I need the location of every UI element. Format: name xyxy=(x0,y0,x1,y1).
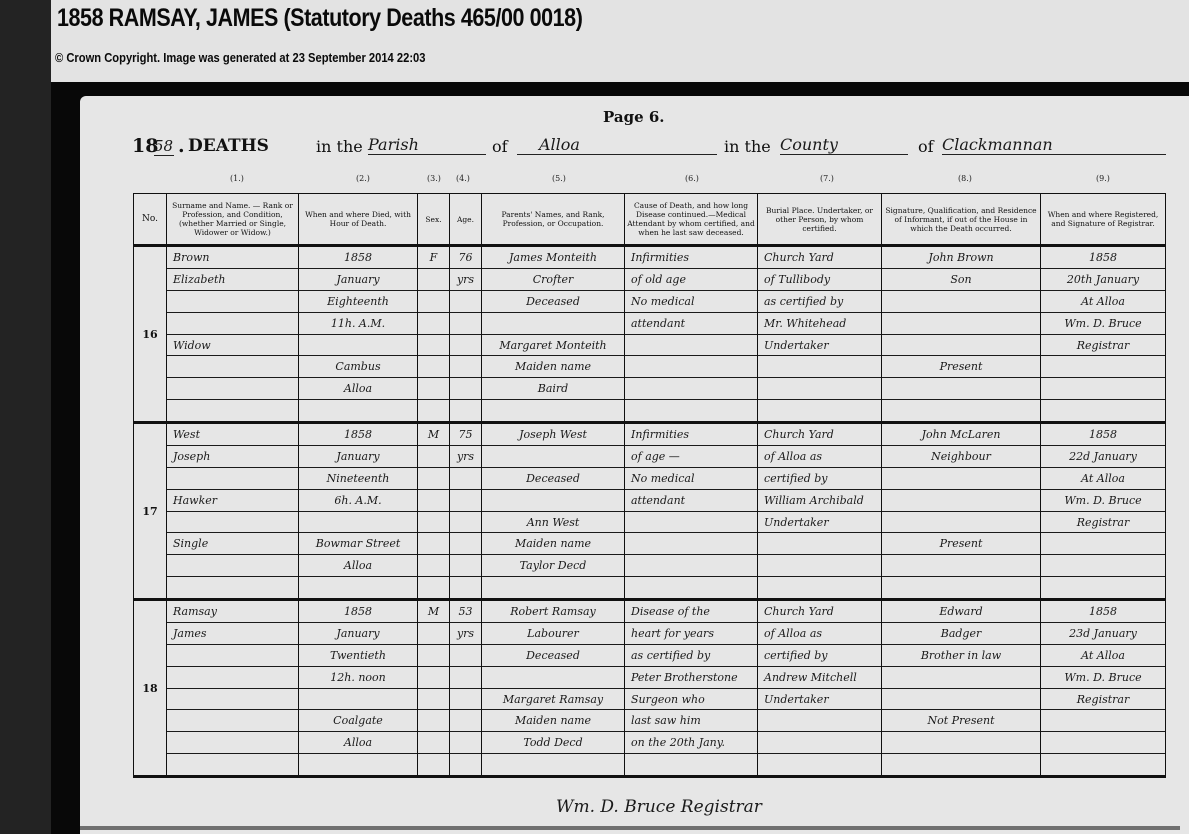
handwritten-line xyxy=(1041,732,1165,754)
handwritten-line xyxy=(482,577,624,598)
column-number: (5.) xyxy=(552,174,566,183)
handwritten-line: January xyxy=(299,269,417,291)
handwritten-line xyxy=(167,468,298,490)
handwritten-line xyxy=(625,378,757,400)
handwritten-line: At Alloa xyxy=(1041,468,1165,490)
handwritten-line: certified by xyxy=(758,468,881,490)
handwritten-line: yrs xyxy=(450,623,481,645)
informant-cell: EdwardBadgerBrother in lawNot Present xyxy=(882,600,1041,777)
entry-number: 18 xyxy=(134,600,167,777)
handwritten-line xyxy=(1041,378,1165,400)
burial-cell: Church Yardof Alloa ascertified byWillia… xyxy=(758,423,882,600)
handwritten-line xyxy=(450,577,481,598)
parents-cell: James MonteithCrofterDeceasedMargaret Mo… xyxy=(482,246,625,423)
handwritten-line xyxy=(167,754,298,775)
handwritten-line xyxy=(450,667,481,689)
col-header-cause: Cause of Death, and how long Disease con… xyxy=(625,194,758,246)
informant-cell: John McLarenNeighbourPresent xyxy=(882,423,1041,600)
handwritten-line xyxy=(418,335,449,357)
handwritten-line xyxy=(625,555,757,577)
handwritten-line: attendant xyxy=(625,490,757,512)
cause-cell: Disease of theheart for yearsas certifie… xyxy=(625,600,758,777)
of-label-1: of xyxy=(492,137,508,156)
handwritten-line: Widow xyxy=(167,335,298,357)
when-where-cell: 1858JanuaryNineteenth6h. A.M.Bowmar Stre… xyxy=(299,423,418,600)
handwritten-line: Neighbour xyxy=(882,446,1040,468)
handwritten-line xyxy=(450,533,481,555)
handwritten-line: as certified by xyxy=(758,291,881,313)
sex-cell: F xyxy=(418,246,450,423)
handwritten-line: Coalgate xyxy=(299,710,417,732)
handwritten-line: No medical xyxy=(625,291,757,313)
handwritten-line: on the 20th Jany. xyxy=(625,732,757,754)
handwritten-line xyxy=(418,689,449,711)
handwritten-line xyxy=(882,291,1040,313)
handwritten-line xyxy=(1041,754,1165,775)
handwritten-line: Peter Brotherstone xyxy=(625,667,757,689)
handwritten-line xyxy=(167,400,298,421)
handwritten-line xyxy=(882,555,1040,577)
handwritten-line xyxy=(167,732,298,754)
parish-name: Alloa xyxy=(517,135,717,155)
handwritten-line: James Monteith xyxy=(482,247,624,269)
handwritten-line: Present xyxy=(882,356,1040,378)
handwritten-line: of Tullibody xyxy=(758,269,881,291)
handwritten-line: Baird xyxy=(482,378,624,400)
handwritten-line: M xyxy=(418,424,449,446)
handwritten-line xyxy=(418,400,449,421)
table-row: 18RamsayJames1858JanuaryTwentieth12h. no… xyxy=(134,600,1166,777)
handwritten-line: Single xyxy=(167,533,298,555)
handwritten-line xyxy=(418,490,449,512)
handwritten-line: F xyxy=(418,247,449,269)
handwritten-line: 1858 xyxy=(299,247,417,269)
parish-type: Parish xyxy=(368,135,486,155)
handwritten-line xyxy=(625,400,757,421)
handwritten-line: Ramsay xyxy=(167,601,298,623)
handwritten-line: Son xyxy=(882,269,1040,291)
handwritten-line: John McLaren xyxy=(882,424,1040,446)
handwritten-line: West xyxy=(167,424,298,446)
handwritten-line xyxy=(882,490,1040,512)
sex-cell: M xyxy=(418,423,450,600)
handwritten-line xyxy=(418,577,449,598)
handwritten-line: 76 xyxy=(450,247,481,269)
parents-cell: Robert RamsayLabourerDeceasedMargaret Ra… xyxy=(482,600,625,777)
handwritten-line xyxy=(450,754,481,775)
handwritten-line: Maiden name xyxy=(482,533,624,555)
handwritten-line: Deceased xyxy=(482,645,624,667)
handwritten-line xyxy=(482,490,624,512)
handwritten-line xyxy=(1041,400,1165,421)
deaths-label: DEATHS xyxy=(188,136,269,156)
cause-cell: Infirmitiesof age —No medicalattendant xyxy=(625,423,758,600)
handwritten-line xyxy=(167,667,298,689)
table-header-row: No. Surname and Name. — Rank or Professi… xyxy=(134,194,1166,246)
handwritten-line: Cambus xyxy=(299,356,417,378)
cause-cell: Infirmitiesof old ageNo medicalattendant xyxy=(625,246,758,423)
handwritten-line: 22d January xyxy=(1041,446,1165,468)
table-row: 16BrownElizabethWidow1858JanuaryEighteen… xyxy=(134,246,1166,423)
handwritten-line xyxy=(1041,577,1165,598)
handwritten-line xyxy=(482,313,624,335)
handwritten-line: Present xyxy=(882,533,1040,555)
handwritten-line xyxy=(450,710,481,732)
handwritten-line: Not Present xyxy=(882,710,1040,732)
handwritten-line: Undertaker xyxy=(758,689,881,711)
handwritten-line: 11h. A.M. xyxy=(299,313,417,335)
handwritten-line xyxy=(882,577,1040,598)
handwritten-line: 23d January xyxy=(1041,623,1165,645)
handwritten-line: John Brown xyxy=(882,247,1040,269)
handwritten-line: 12h. noon xyxy=(299,667,417,689)
handwritten-line xyxy=(299,577,417,598)
handwritten-line xyxy=(299,512,417,534)
handwritten-line xyxy=(482,754,624,775)
handwritten-line xyxy=(882,468,1040,490)
handwritten-line: Eighteenth xyxy=(299,291,417,313)
handwritten-line xyxy=(299,754,417,775)
registered-cell: 185822d JanuaryAt AlloaWm. D. BruceRegis… xyxy=(1041,423,1166,600)
handwritten-line: Wm. D. Bruce xyxy=(1041,313,1165,335)
handwritten-line xyxy=(450,689,481,711)
handwritten-line: 53 xyxy=(450,601,481,623)
handwritten-line xyxy=(418,356,449,378)
handwritten-line xyxy=(882,667,1040,689)
age-cell: 53yrs xyxy=(450,600,482,777)
in-the-label-2: in the xyxy=(724,137,771,156)
handwritten-line xyxy=(167,710,298,732)
handwritten-line xyxy=(882,732,1040,754)
handwritten-line xyxy=(418,732,449,754)
handwritten-line: Alloa xyxy=(299,378,417,400)
handwritten-line xyxy=(882,313,1040,335)
handwritten-line: Registrar xyxy=(1041,335,1165,357)
name-cell: RamsayJames xyxy=(167,600,299,777)
handwritten-line: M xyxy=(418,601,449,623)
handwritten-line xyxy=(418,269,449,291)
entry-number: 16 xyxy=(134,246,167,423)
handwritten-line xyxy=(450,356,481,378)
handwritten-line: last saw him xyxy=(625,710,757,732)
handwritten-line xyxy=(450,512,481,534)
handwritten-line: Elizabeth xyxy=(167,269,298,291)
handwritten-line xyxy=(418,468,449,490)
handwritten-line: Undertaker xyxy=(758,512,881,534)
column-number: (9.) xyxy=(1096,174,1110,183)
col-header-name: Surname and Name. — Rank or Profession, … xyxy=(167,194,299,246)
column-number: (2.) xyxy=(356,174,370,183)
handwritten-line: 1858 xyxy=(299,601,417,623)
handwritten-line: Andrew Mitchell xyxy=(758,667,881,689)
handwritten-line xyxy=(482,667,624,689)
name-cell: BrownElizabethWidow xyxy=(167,246,299,423)
handwritten-line: 1858 xyxy=(1041,247,1165,269)
page-number: Page 6. xyxy=(603,108,665,126)
handwritten-line: Labourer xyxy=(482,623,624,645)
handwritten-line xyxy=(299,689,417,711)
handwritten-line xyxy=(418,512,449,534)
handwritten-line xyxy=(418,623,449,645)
handwritten-line xyxy=(625,577,757,598)
handwritten-line: Infirmities xyxy=(625,424,757,446)
handwritten-line: Church Yard xyxy=(758,424,881,446)
handwritten-line xyxy=(167,512,298,534)
handwritten-line xyxy=(418,533,449,555)
handwritten-line xyxy=(482,400,624,421)
handwritten-line: Maiden name xyxy=(482,710,624,732)
handwritten-line xyxy=(167,645,298,667)
handwritten-line: as certified by xyxy=(625,645,757,667)
handwritten-line xyxy=(418,291,449,313)
handwritten-line: of old age xyxy=(625,269,757,291)
handwritten-line: 20th January xyxy=(1041,269,1165,291)
handwritten-line xyxy=(882,335,1040,357)
handwritten-line xyxy=(625,533,757,555)
handwritten-line xyxy=(1041,356,1165,378)
left-margin-strip xyxy=(0,0,51,834)
of-label-2: of xyxy=(918,137,934,156)
handwritten-line: Ann West xyxy=(482,512,624,534)
column-number: (6.) xyxy=(685,174,699,183)
handwritten-line xyxy=(758,400,881,421)
handwritten-line: Joseph xyxy=(167,446,298,468)
col-header-age: Age. xyxy=(450,194,482,246)
handwritten-line: Brown xyxy=(167,247,298,269)
handwritten-line xyxy=(882,400,1040,421)
handwritten-line: Hawker xyxy=(167,490,298,512)
handwritten-line xyxy=(450,291,481,313)
handwritten-line xyxy=(450,468,481,490)
handwritten-line xyxy=(758,378,881,400)
handwritten-line xyxy=(1041,555,1165,577)
handwritten-line xyxy=(299,335,417,357)
handwritten-line: January xyxy=(299,446,417,468)
handwritten-line: Surgeon who xyxy=(625,689,757,711)
entry-number: 17 xyxy=(134,423,167,600)
handwritten-line: of Alloa as xyxy=(758,446,881,468)
handwritten-line xyxy=(625,512,757,534)
column-number: (1.) xyxy=(230,174,244,183)
handwritten-line: heart for years xyxy=(625,623,757,645)
handwritten-line xyxy=(450,555,481,577)
handwritten-line xyxy=(758,577,881,598)
handwritten-line: Registrar xyxy=(1041,689,1165,711)
column-number: (3.) xyxy=(427,174,441,183)
handwritten-line: At Alloa xyxy=(1041,645,1165,667)
handwritten-line: 1858 xyxy=(299,424,417,446)
handwritten-line: January xyxy=(299,623,417,645)
handwritten-line: Alloa xyxy=(299,555,417,577)
handwritten-line xyxy=(167,291,298,313)
handwritten-line xyxy=(882,512,1040,534)
handwritten-line xyxy=(625,356,757,378)
table-row: 17WestJosephHawkerSingle1858JanuaryNinet… xyxy=(134,423,1166,600)
handwritten-line: Crofter xyxy=(482,269,624,291)
column-number: (4.) xyxy=(456,174,470,183)
county-name: Clackmannan xyxy=(942,135,1166,155)
handwritten-line: No medical xyxy=(625,468,757,490)
registered-cell: 185820th JanuaryAt AlloaWm. D. BruceRegi… xyxy=(1041,246,1166,423)
handwritten-line xyxy=(625,754,757,775)
handwritten-line: 6h. A.M. xyxy=(299,490,417,512)
col-header-when-where: When and where Died, with Hour of Death. xyxy=(299,194,418,246)
handwritten-line: Bowmar Street xyxy=(299,533,417,555)
handwritten-line: yrs xyxy=(450,269,481,291)
handwritten-line: Infirmities xyxy=(625,247,757,269)
burial-cell: Church Yardof Alloa ascertified byAndrew… xyxy=(758,600,882,777)
registrar-signature: Wm. D. Bruce Registrar xyxy=(556,797,762,817)
handwritten-line xyxy=(450,313,481,335)
handwritten-line: Alloa xyxy=(299,732,417,754)
col-header-informant: Signature, Qualification, and Residence … xyxy=(882,194,1041,246)
handwritten-line: Taylor Decd xyxy=(482,555,624,577)
handwritten-line xyxy=(167,378,298,400)
handwritten-line: Mr. Whitehead xyxy=(758,313,881,335)
col-header-parents: Parents' Names, and Rank, Profession, or… xyxy=(482,194,625,246)
handwritten-line: Church Yard xyxy=(758,601,881,623)
handwritten-line xyxy=(418,555,449,577)
col-header-burial: Burial Place. Undertaker, or other Perso… xyxy=(758,194,882,246)
handwritten-line: Robert Ramsay xyxy=(482,601,624,623)
year-suffix: 58 xyxy=(154,137,174,156)
handwritten-line: Wm. D. Bruce xyxy=(1041,667,1165,689)
handwritten-line: Church Yard xyxy=(758,247,881,269)
parents-cell: Joseph WestDeceasedAnn WestMaiden nameTa… xyxy=(482,423,625,600)
col-header-registered: When and where Registered, and Signature… xyxy=(1041,194,1166,246)
col-header-no: No. xyxy=(134,194,167,246)
copyright-notice: © Crown Copyright. Image was generated a… xyxy=(55,50,425,65)
handwritten-line: of Alloa as xyxy=(758,623,881,645)
handwritten-line: Undertaker xyxy=(758,335,881,357)
age-cell: 75yrs xyxy=(450,423,482,600)
handwritten-line xyxy=(882,754,1040,775)
handwritten-line xyxy=(167,356,298,378)
handwritten-line xyxy=(418,754,449,775)
handwritten-line xyxy=(450,400,481,421)
handwritten-line: Margaret Monteith xyxy=(482,335,624,357)
handwritten-line xyxy=(1041,710,1165,732)
column-number: (7.) xyxy=(820,174,834,183)
sex-cell: M xyxy=(418,600,450,777)
handwritten-line xyxy=(418,313,449,335)
handwritten-line xyxy=(758,533,881,555)
handwritten-line xyxy=(758,754,881,775)
when-where-cell: 1858JanuaryTwentieth12h. noonCoalgateAll… xyxy=(299,600,418,777)
column-number: (8.) xyxy=(958,174,972,183)
informant-cell: John BrownSonPresent xyxy=(882,246,1041,423)
handwritten-line: Margaret Ramsay xyxy=(482,689,624,711)
handwritten-line xyxy=(167,555,298,577)
handwritten-line: Todd Decd xyxy=(482,732,624,754)
handwritten-line: Nineteenth xyxy=(299,468,417,490)
handwritten-line xyxy=(167,577,298,598)
handwritten-line xyxy=(758,710,881,732)
handwritten-line: Twentieth xyxy=(299,645,417,667)
record-header: 1858 RAMSAY, JAMES (Statutory Deaths 465… xyxy=(51,0,1189,82)
handwritten-line xyxy=(299,400,417,421)
handwritten-line: Brother in law xyxy=(882,645,1040,667)
deaths-register-table: No. Surname and Name. — Rank or Professi… xyxy=(133,193,1166,778)
handwritten-line xyxy=(418,446,449,468)
handwritten-line: Edward xyxy=(882,601,1040,623)
register-heading: 18 58 . DEATHS in the Parish of Alloa in… xyxy=(132,135,1172,163)
handwritten-line xyxy=(450,335,481,357)
handwritten-line: Badger xyxy=(882,623,1040,645)
handwritten-line: At Alloa xyxy=(1041,291,1165,313)
handwritten-line xyxy=(450,378,481,400)
handwritten-line: Disease of the xyxy=(625,601,757,623)
handwritten-line: Wm. D. Bruce xyxy=(1041,490,1165,512)
handwritten-line xyxy=(758,732,881,754)
age-cell: 76yrs xyxy=(450,246,482,423)
handwritten-line: 75 xyxy=(450,424,481,446)
handwritten-line xyxy=(1041,533,1165,555)
handwritten-line xyxy=(418,645,449,667)
handwritten-line: Deceased xyxy=(482,468,624,490)
handwritten-line xyxy=(882,378,1040,400)
handwritten-line: William Archibald xyxy=(758,490,881,512)
handwritten-line xyxy=(450,645,481,667)
page-bottom-edge xyxy=(80,826,1180,830)
handwritten-line: certified by xyxy=(758,645,881,667)
handwritten-line: Joseph West xyxy=(482,424,624,446)
burial-cell: Church Yardof Tullibodyas certified byMr… xyxy=(758,246,882,423)
handwritten-line xyxy=(418,710,449,732)
handwritten-line xyxy=(450,732,481,754)
handwritten-line: Registrar xyxy=(1041,512,1165,534)
handwritten-line xyxy=(758,555,881,577)
handwritten-line xyxy=(167,689,298,711)
handwritten-line xyxy=(758,356,881,378)
handwritten-line xyxy=(418,667,449,689)
in-the-label-1: in the xyxy=(316,137,363,156)
handwritten-line: yrs xyxy=(450,446,481,468)
when-where-cell: 1858JanuaryEighteenth11h. A.M.CambusAllo… xyxy=(299,246,418,423)
handwritten-line: 1858 xyxy=(1041,601,1165,623)
record-title: 1858 RAMSAY, JAMES (Statutory Deaths 465… xyxy=(57,4,582,33)
county-type: County xyxy=(780,135,908,155)
handwritten-line: of age — xyxy=(625,446,757,468)
name-cell: WestJosephHawkerSingle xyxy=(167,423,299,600)
registered-cell: 185823d JanuaryAt AlloaWm. D. BruceRegis… xyxy=(1041,600,1166,777)
handwritten-line xyxy=(450,490,481,512)
handwritten-line: James xyxy=(167,623,298,645)
handwritten-line: Deceased xyxy=(482,291,624,313)
col-header-sex: Sex. xyxy=(418,194,450,246)
handwritten-line xyxy=(482,446,624,468)
handwritten-line: Maiden name xyxy=(482,356,624,378)
handwritten-line xyxy=(418,378,449,400)
handwritten-line xyxy=(882,689,1040,711)
handwritten-line: 1858 xyxy=(1041,424,1165,446)
handwritten-line: attendant xyxy=(625,313,757,335)
handwritten-line xyxy=(625,335,757,357)
handwritten-line xyxy=(167,313,298,335)
